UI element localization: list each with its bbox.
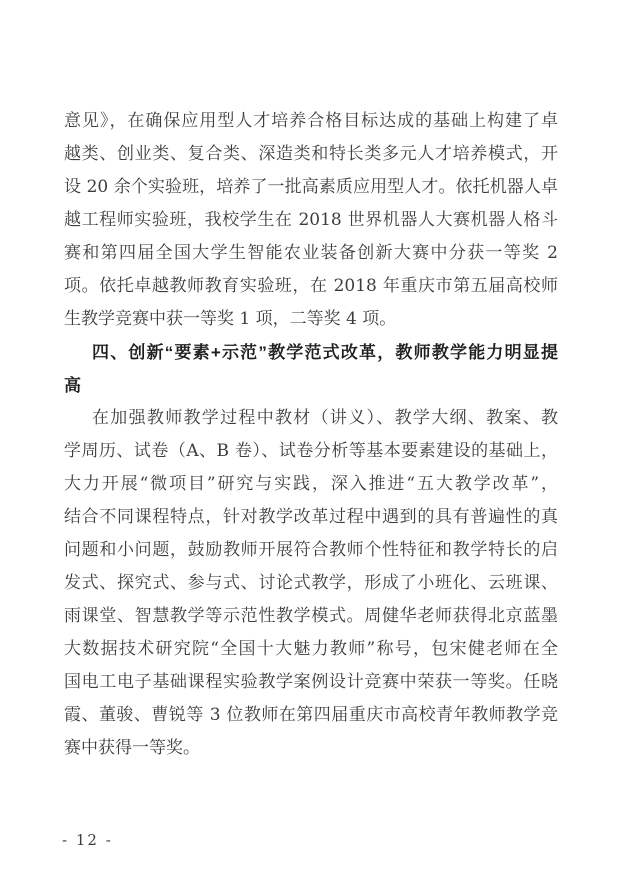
text-line: 赛中获得一等奖。 [64,732,558,765]
text-line: 赛和第四届全国大学生智能农业装备创新大赛中分获一等奖 2 [64,237,558,270]
text-line: 项。依托卓越教师教育实验班，在 2018 年重庆市第五届高校师范 [64,270,558,303]
text-line: 问题和小问题，鼓励教师开展符合教师个性特征和教学特长的启 [64,534,558,567]
heading-line: 四、创新“要素+示范”教学范式改革，教师教学能力明显提 [64,336,558,369]
text-line: 发式、探究式、参与式、讨论式教学，形成了小班化、云班课、 [64,567,558,600]
heading-line: 高 [64,369,558,402]
page-content: 意见》，在确保应用型人才培养合格目标达成的基础上构建了卓 越类、创业类、复合类、… [64,105,558,765]
paragraph-body: 在加强教师教学过程中教材（讲义）、教学大纲、教案、教 学周历、试卷（A、B 卷）… [64,402,558,765]
text-line: 结合不同课程特点，针对教学改革过程中遇到的具有普遍性的真 [64,501,558,534]
text-line: 在加强教师教学过程中教材（讲义）、教学大纲、教案、教 [64,402,558,435]
section-heading: 四、创新“要素+示范”教学范式改革，教师教学能力明显提 高 [64,336,558,402]
text-line: 生教学竞赛中获一等奖 1 项，二等奖 4 项。 [64,303,558,336]
text-line: 学周历、试卷（A、B 卷）、试卷分析等基本要素建设的基础上， [64,435,558,468]
paragraph-continued: 意见》，在确保应用型人才培养合格目标达成的基础上构建了卓 越类、创业类、复合类、… [64,105,558,336]
text-line: 大力开展“微项目”研究与实践，深入推进“五大教学改革”， [64,468,558,501]
page-number: - 12 - [62,831,113,849]
text-line: 设 20 余个实验班，培养了一批高素质应用型人才。依托机器人卓 [64,171,558,204]
text-line: 意见》，在确保应用型人才培养合格目标达成的基础上构建了卓 [64,105,558,138]
text-line: 雨课堂、智慧教学等示范性教学模式。周健华老师获得北京蓝墨 [64,600,558,633]
text-line: 国电工电子基础课程实验教学案例设计竞赛中荣获一等奖。任晓 [64,666,558,699]
text-line: 霞、董骏、曹锐等 3 位教师在第四届重庆市高校青年教师教学竞 [64,699,558,732]
document-page: 意见》，在确保应用型人才培养合格目标达成的基础上构建了卓 越类、创业类、复合类、… [0,0,643,895]
text-line: 越类、创业类、复合类、深造类和特长类多元人才培养模式，开 [64,138,558,171]
text-line: 越工程师实验班，我校学生在 2018 世界机器人大赛机器人格斗大 [64,204,558,237]
text-line: 大数据技术研究院“全国十大魅力教师”称号，包宋健老师在全 [64,633,558,666]
